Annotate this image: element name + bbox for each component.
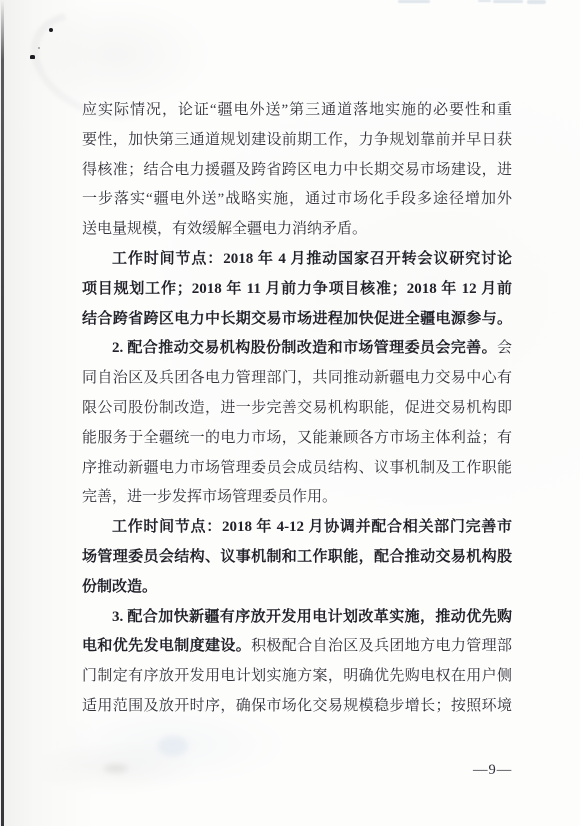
bold-text-segment: 工作时间节点：2018 年 4 月推动国家召开转会议研究讨论: [112, 251, 512, 267]
text-segment: 同自治区及兵团各电力管理部门，共同推动新疆电力交易中心有: [82, 370, 512, 386]
text-segment: 完善，进一步发挥市场管理委员作用。: [82, 489, 337, 505]
text-line: 结合跨省跨区电力中长期交易市场进程加快促进全疆电源参与。: [82, 305, 512, 335]
scan-stain-1: [158, 736, 188, 756]
bold-text-segment: 3. 配合加快新疆有序放开发用电计划改革实施，推动优先购: [112, 609, 512, 625]
text-line: 能服务于全疆统一的电力市场，又能兼顾各方市场主体利益；有: [82, 424, 512, 454]
bold-text-segment: 场管理委员会结构、议事机制和工作职能，配合推动交易机构股: [82, 549, 512, 565]
scanned-document-page: 应实际情况，论证“疆电外送”第三通道落地实施的必要性和重要性，加快第三通道规划建…: [0, 0, 580, 826]
text-line: 2. 配合推动交易机构股份制改造和市场管理委员会完善。会: [82, 334, 512, 364]
bold-text-segment: 项目规划工作；2018 年 11 月前力争项目核准；2018 年 12 月前: [82, 281, 512, 297]
ink-speck-3: [38, 47, 40, 49]
scan-smudge-top-4: [527, 0, 546, 4]
scan-smudge-top-1: [398, 0, 430, 3]
text-line: 工作时间节点：2018 年 4 月推动国家召开转会议研究讨论: [82, 245, 512, 275]
scan-stain-2: [104, 764, 128, 773]
document-body: 应实际情况，论证“疆电外送”第三通道落地实施的必要性和重要性，加快第三通道规划建…: [82, 96, 512, 722]
text-segment: 送电量规模，有效缓解全疆电力消纳矛盾。: [82, 221, 367, 237]
page-number: —9—: [473, 762, 512, 779]
text-line: 送电量规模，有效缓解全疆电力消纳矛盾。: [82, 215, 512, 245]
text-line: 项目规划工作；2018 年 11 月前力争项目核准；2018 年 12 月前: [82, 275, 512, 305]
text-line: 一步落实“疆电外送”战略实施，通过市场化手段多途径增加外: [82, 185, 512, 215]
bold-text-segment: 2. 配合推动交易机构股份制改造和市场管理委员会完善。: [112, 340, 497, 356]
text-segment: 限公司股份制改造，进一步完善交易机构职能，促进交易机构即: [82, 400, 512, 416]
text-segment: 要性，加快第三通道规划建设前期工作，力争规划靠前并早日获: [82, 132, 512, 148]
text-line: 应实际情况，论证“疆电外送”第三通道落地实施的必要性和重: [82, 96, 512, 126]
text-segment: 门制定有序放开发用电计划实施方案，明确优先购电权在用户侧: [82, 668, 512, 684]
text-line: 要性，加快第三通道规划建设前期工作，力争规划靠前并早日获: [82, 126, 512, 156]
text-line: 序推动新疆电力市场管理委员会成员结构、议事机制及工作职能: [82, 454, 512, 484]
text-segment: 积极配合自治区及兵团地方电力管理部: [251, 638, 512, 654]
text-segment: 会: [497, 340, 512, 356]
ink-speck-2: [30, 55, 35, 59]
bold-text-segment: 结合跨省跨区电力中长期交易市场进程加快促进全疆电源参与。: [82, 311, 512, 327]
paragraph-1: 应实际情况，论证“疆电外送”第三通道落地实施的必要性和重要性，加快第三通道规划建…: [82, 96, 512, 245]
text-segment: 能服务于全疆统一的电力市场，又能兼顾各方市场主体利益；有: [82, 430, 512, 446]
ink-speck-1: [49, 28, 53, 32]
text-line: 限公司股份制改造，进一步完善交易机构职能，促进交易机构即: [82, 394, 512, 424]
text-line: 得核准；结合电力援疆及跨省跨区电力中长期交易市场建设，进: [82, 156, 512, 186]
text-segment: 得核准；结合电力援疆及跨省跨区电力中长期交易市场建设，进: [82, 162, 512, 178]
text-segment: 应实际情况，论证“疆电外送”第三通道落地实施的必要性和重: [82, 102, 512, 118]
text-segment: 适用范围及放开时序，确保市场化交易规模稳步增长；按照环境: [82, 698, 512, 714]
text-line: 适用范围及放开时序，确保市场化交易规模稳步增长；按照环境: [82, 692, 512, 722]
scan-edge-left: [1, 0, 4, 826]
text-line: 份制改造。: [82, 573, 512, 603]
paragraph-2: 工作时间节点：2018 年 4 月推动国家召开转会议研究讨论项目规划工作；201…: [82, 245, 512, 334]
text-segment: 序推动新疆电力市场管理委员会成员结构、议事机制及工作职能: [82, 460, 512, 476]
text-line: 工作时间节点：2018 年 4-12 月协调并配合相关部门完善市: [82, 513, 512, 543]
bold-text-segment: 份制改造。: [82, 579, 157, 595]
paragraph-5: 3. 配合加快新疆有序放开发用电计划改革实施，推动优先购电和优先发电制度建设。积…: [82, 603, 512, 722]
paragraph-4: 工作时间节点：2018 年 4-12 月协调并配合相关部门完善市场管理委员会结构…: [82, 513, 512, 602]
paragraph-3: 2. 配合推动交易机构股份制改造和市场管理委员会完善。会同自治区及兵团各电力管理…: [82, 334, 512, 513]
scan-smudge-top-2: [478, 0, 491, 2]
bold-text-segment: 工作时间节点：2018 年 4-12 月协调并配合相关部门完善市: [112, 519, 512, 535]
text-line: 电和优先发电制度建设。积极配合自治区及兵团地方电力管理部: [82, 632, 512, 662]
text-line: 同自治区及兵团各电力管理部门，共同推动新疆电力交易中心有: [82, 364, 512, 394]
bold-text-segment: 电和优先发电制度建设。: [82, 638, 251, 654]
text-line: 3. 配合加快新疆有序放开发用电计划改革实施，推动优先购: [82, 603, 512, 633]
scan-smudge-top-3: [493, 0, 523, 3]
text-segment: 一步落实“疆电外送”战略实施，通过市场化手段多途径增加外: [82, 191, 512, 207]
text-line: 门制定有序放开发用电计划实施方案，明确优先购电权在用户侧: [82, 662, 512, 692]
text-line: 场管理委员会结构、议事机制和工作职能，配合推动交易机构股: [82, 543, 512, 573]
text-line: 完善，进一步发挥市场管理委员作用。: [82, 483, 512, 513]
